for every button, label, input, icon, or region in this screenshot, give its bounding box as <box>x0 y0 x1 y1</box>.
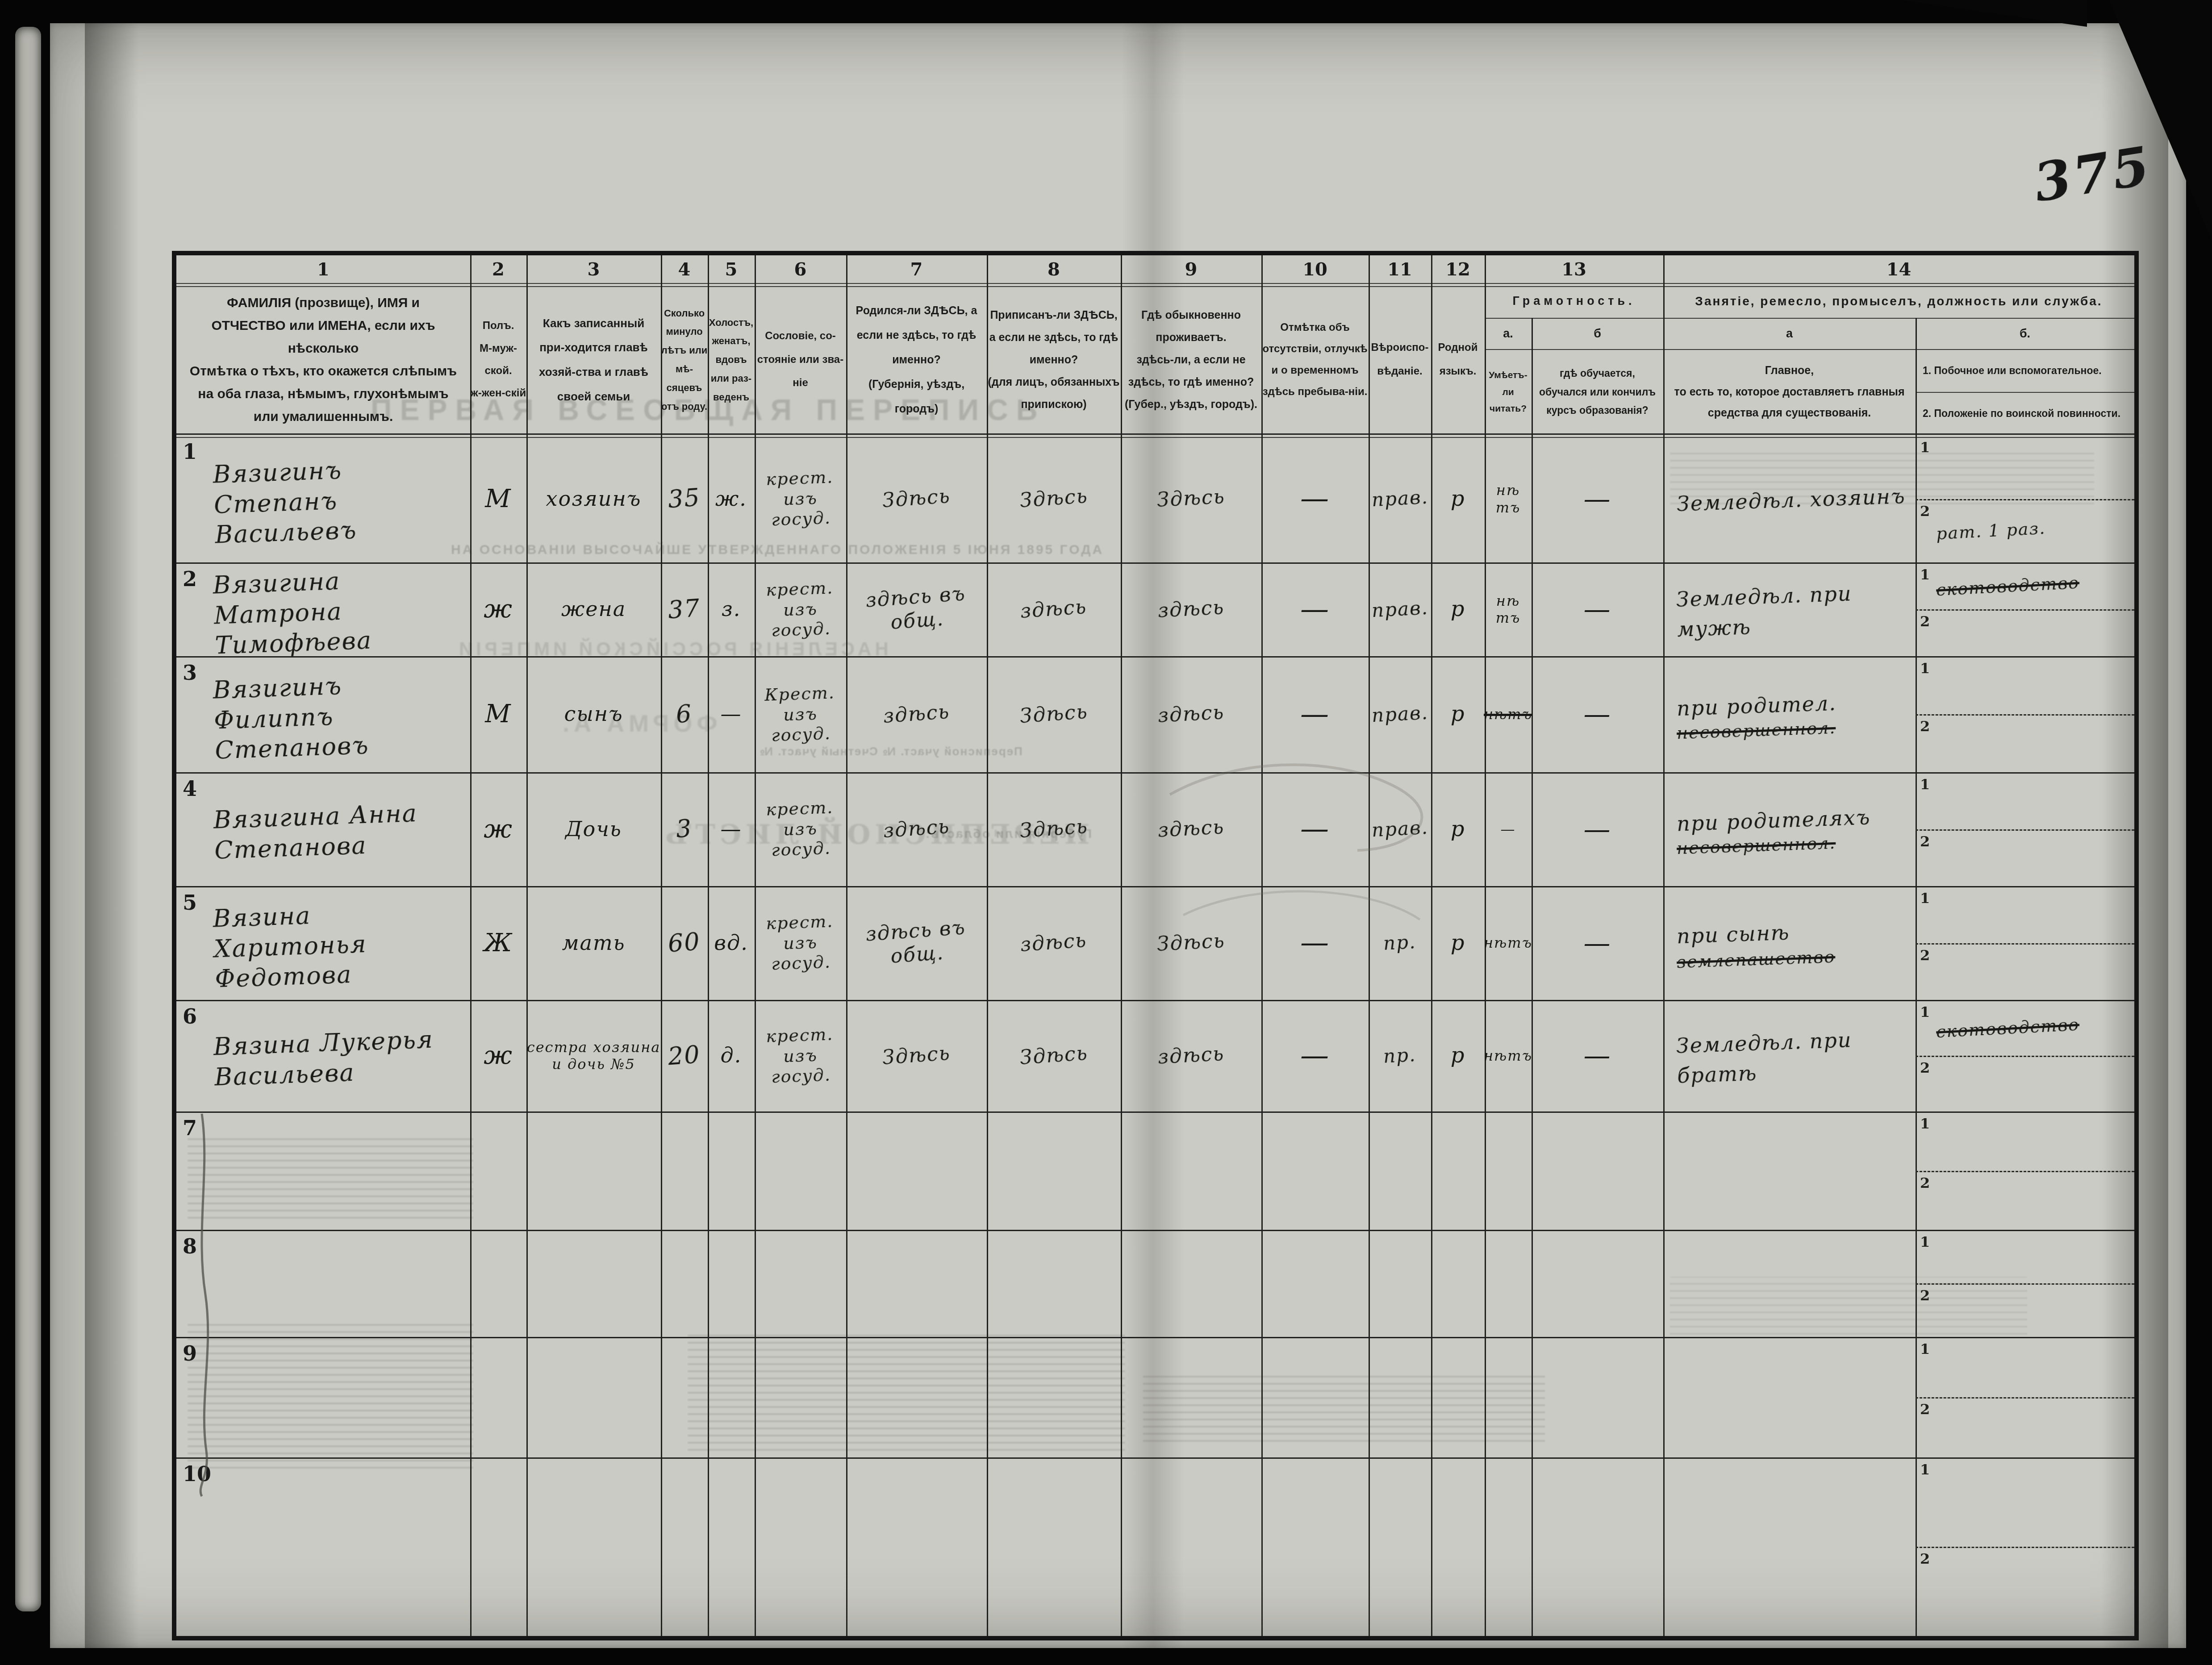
handwriting-relation: мать <box>562 931 625 955</box>
subrow-label: 1 <box>1920 776 1930 793</box>
handwriting-occupation-main: при сынѣ <box>1676 918 1790 951</box>
handwriting-absence-mark: — <box>1300 482 1330 516</box>
handwriting-language: р <box>1451 930 1465 956</box>
handwriting-estate: Крест. изъ госуд. <box>754 682 847 746</box>
cell-birthplace: Здѣсь <box>846 435 987 562</box>
cell-language: р <box>1431 562 1485 656</box>
cell-name: Вязигина Матрона Тимофѣева <box>214 569 464 654</box>
cell-occupation: Земледѣл. хозяинъ <box>1677 443 1907 557</box>
table-hline <box>1485 318 2134 319</box>
cell-marital: — <box>708 772 755 886</box>
cell-language: р <box>1431 656 1485 772</box>
cell-education: — <box>1532 435 1663 562</box>
cell-literacy: нѣтъ <box>1485 656 1532 772</box>
handwriting-age: 3 <box>675 814 693 844</box>
scanned-census-page: { "page": { "number": "375" }, "table": … <box>0 0 2212 1665</box>
cell-relation: сынъ <box>526 656 661 772</box>
cell-estate: крест. изъ госуд. <box>755 772 846 886</box>
header-col1: ФАМИЛІЯ (прозвище), ИМЯ и ОТЧЕСТВО или И… <box>176 284 470 435</box>
handwriting-occupation-main: Земледѣл. при мужѣ <box>1676 577 1907 644</box>
handwriting-residence: здѣсь <box>1157 816 1225 843</box>
handwriting-occupation-main: при родителяхъ <box>1676 803 1871 839</box>
handwriting-absence-mark: — <box>1300 697 1330 732</box>
cell-education: — <box>1532 772 1663 886</box>
handwriting-education: — <box>1584 813 1611 845</box>
header-col5: Холостъ, женатъ, вдовъ или раз-веденъ <box>708 284 755 435</box>
subrow-label: 2 <box>1920 947 1930 964</box>
row-number: 8 <box>183 1234 197 1258</box>
header-col12: Родной языкъ. <box>1431 284 1485 435</box>
handwriting-birthplace: здѣсь <box>882 815 951 843</box>
handwriting-language: р <box>1451 596 1465 622</box>
cell-absence-mark: — <box>1261 1000 1369 1111</box>
cell-side-occupation: скотоводство <box>1936 562 2128 609</box>
header-col13a: Умѣетъ-ли читать? <box>1485 349 1532 435</box>
header-col13-group: Грамотность. <box>1485 284 1663 318</box>
cell-estate: крест. изъ госуд. <box>755 562 846 656</box>
handwriting-birthplace: Здѣсь <box>881 485 951 513</box>
cell-religion: пр. <box>1369 886 1431 1000</box>
subrow-separator <box>1916 1283 2134 1285</box>
handwriting-marital: з. <box>722 597 741 621</box>
handwriting-relation: Дочь <box>565 817 622 841</box>
cell-education: — <box>1532 886 1663 1000</box>
cell-occupation: при родител.несовершеннол. <box>1677 664 1907 767</box>
header-col10: Отмѣтка объ отсутствіи, отлучкѣ и о врем… <box>1261 284 1369 435</box>
handwriting-estate: крест. изъ госуд. <box>754 911 847 975</box>
cell-residence: Здѣсь <box>1121 435 1261 562</box>
cell-side-occupation: скотоводство <box>1936 1000 2128 1056</box>
cell-age: 60 <box>661 886 708 1000</box>
handwriting-religion: пр. <box>1383 931 1417 955</box>
handwriting-education: — <box>1584 698 1611 730</box>
header-col14-group: Занятіе, ремесло, промыселъ, должность и… <box>1663 284 2134 318</box>
handwriting-education: — <box>1584 1040 1611 1072</box>
cell-birthplace: здѣсь <box>846 772 987 886</box>
cell-age: 6 <box>661 656 708 772</box>
cell-estate: крест. изъ госуд. <box>755 1000 846 1111</box>
cell-age: 20 <box>661 1000 708 1111</box>
handwriting-side-occupation: скотоводство <box>1936 1014 2080 1041</box>
handwriting-occupation-main: Земледѣл. при братѣ <box>1676 1023 1907 1091</box>
torn-corner-top <box>1899 0 2087 27</box>
handwriting-name: Вязигинъ Филиппъ Степановъ <box>213 666 466 766</box>
cell-estate: Крест. изъ госуд. <box>755 656 846 772</box>
row-number: 2 <box>183 567 197 591</box>
handwriting-sex: ж <box>484 814 513 844</box>
cell-birthplace: здѣсь въ общ. <box>846 886 987 1000</box>
handwriting-military-status: рат. 1 раз. <box>1936 518 2046 544</box>
handwriting-religion: прав. <box>1371 597 1428 622</box>
header-col13b-label: б <box>1532 318 1663 349</box>
header-col3: Какъ записанный при-ходится главѣ хозяй-… <box>526 284 661 435</box>
handwriting-side-occupation: скотоводство <box>1936 572 2080 599</box>
cell-absence-mark: — <box>1261 656 1369 772</box>
cell-occupation: при сынѣземлепашество <box>1677 894 1907 995</box>
cell-language: р <box>1431 1000 1485 1111</box>
handwriting-education: — <box>1584 593 1611 625</box>
header-col13a-label: а. <box>1485 318 1532 349</box>
cell-relation: мать <box>526 886 661 1000</box>
handwriting-name: Вязигина Анна Степанова <box>213 796 465 865</box>
header-col8: Приписанъ-ли ЗДѢСЬ, а если не здѣсь, то … <box>987 284 1121 435</box>
cell-relation: жена <box>526 562 661 656</box>
handwriting-age: 35 <box>667 483 701 515</box>
cell-marital: д. <box>708 1000 755 1111</box>
subrow-label: 1 <box>1920 660 1930 677</box>
handwriting-marital: — <box>721 702 742 726</box>
header-col14b-item2: 2. Положеніе по воинской повинности. <box>1916 392 2134 435</box>
handwriting-birthplace: здѣсь въ общ. <box>845 915 989 971</box>
cell-literacy: нѣ тъ <box>1485 562 1532 656</box>
handwriting-relation: жена <box>561 597 626 621</box>
handwriting-relation: сынъ <box>564 702 623 726</box>
cell-age: 37 <box>661 562 708 656</box>
header-col6: Сословіе, со-стояніе или зва-ніе <box>755 284 846 435</box>
cell-sex: ж <box>470 562 526 656</box>
handwriting-registered: здѣсь <box>1020 929 1088 957</box>
handwriting-language: р <box>1451 1043 1465 1069</box>
cell-literacy: — <box>1485 772 1532 886</box>
subrow-label: 2 <box>1920 1174 1930 1191</box>
handwriting-absence-mark: — <box>1300 1039 1330 1073</box>
cell-relation: Дочь <box>526 772 661 886</box>
handwriting-marital: — <box>721 817 742 841</box>
subrow-label: 1 <box>1920 1461 1930 1478</box>
subrow-label: 2 <box>1920 503 1930 520</box>
header-col14b-item1: 1. Побочное или вспомогательное. <box>1916 349 2134 392</box>
cell-religion: прав. <box>1369 656 1431 772</box>
cell-religion: прав. <box>1369 772 1431 886</box>
handwriting-registered: Здѣсь <box>1019 815 1089 843</box>
cell-sex: ж <box>470 772 526 886</box>
handwriting-absence-mark: — <box>1300 592 1330 627</box>
cell-name: Вязина Лукерья Васильева <box>214 1006 464 1109</box>
table-row-line <box>176 1457 2134 1459</box>
handwriting-registered: Здѣсь <box>1019 700 1089 728</box>
cell-language: р <box>1431 886 1485 1000</box>
handwriting-estate: крест. изъ госуд. <box>754 797 847 862</box>
handwriting-literacy: — <box>1501 820 1516 837</box>
page-edge <box>15 27 41 1611</box>
subrow-label: 1 <box>1920 1233 1930 1250</box>
cell-military-status: рат. 1 раз. <box>1936 499 2128 562</box>
header-col4: Сколько минуло лѣтъ или мѣ-сяцевъ отъ ро… <box>661 284 708 435</box>
table-hline <box>176 433 2134 435</box>
cell-absence-mark: — <box>1261 886 1369 1000</box>
handwriting-marital: ж. <box>715 487 747 511</box>
handwriting-name: Вязина Харитонья Федотова <box>213 895 466 995</box>
cell-occupation: Земледѣл. при мужѣ <box>1677 570 1907 651</box>
subrow-label: 2 <box>1920 718 1930 735</box>
cell-occupation: Земледѣл. при братѣ <box>1677 1008 1907 1106</box>
handwriting-language: р <box>1451 816 1465 842</box>
subrow-separator <box>1916 609 2134 611</box>
handwriting-age: 37 <box>667 594 701 625</box>
handwriting-sex: ж <box>484 594 513 624</box>
cell-literacy: нѣтъ <box>1485 1000 1532 1111</box>
cell-marital: ж. <box>708 435 755 562</box>
column-number: 11 <box>1369 259 1431 280</box>
handwriting-name: Вязигина Матрона Тимофѣева <box>213 562 466 661</box>
row-number: 10 <box>183 1462 211 1486</box>
handwriting-religion: прав. <box>1371 702 1428 727</box>
column-number: 14 <box>1663 259 2134 280</box>
table-row-line <box>176 1230 2134 1231</box>
cell-religion: прав. <box>1369 562 1431 656</box>
row-number: 9 <box>183 1341 197 1365</box>
cell-registered: здѣсь <box>987 886 1121 1000</box>
handwriting-residence: Здѣсь <box>1156 485 1226 512</box>
handwriting-residence: здѣсь <box>1157 596 1225 623</box>
handwriting-literacy: нѣтъ <box>1484 934 1532 951</box>
cell-occupation: при родителяхънесовершеннол. <box>1677 780 1907 881</box>
subrow-separator <box>1916 1547 2134 1548</box>
handwriting-relation: сестра хозяина и дочь №5 <box>526 1039 661 1073</box>
handwriting-sex: Ж <box>484 928 513 958</box>
column-number: 5 <box>708 259 755 280</box>
handwriting-marital: д. <box>721 1043 742 1068</box>
subrow-label: 2 <box>1920 1059 1930 1076</box>
cell-marital: з. <box>708 562 755 656</box>
subrow-label: 2 <box>1920 1287 1930 1304</box>
handwriting-literacy: нѣ тъ <box>1485 592 1532 627</box>
handwriting-sex: М <box>485 699 511 729</box>
handwriting-religion: пр. <box>1383 1044 1417 1068</box>
subrow-separator <box>1916 1056 2134 1057</box>
subrow-label: 1 <box>1920 1340 1930 1357</box>
cell-language: р <box>1431 772 1485 886</box>
subrow-separator <box>1916 714 2134 716</box>
table-row-line <box>176 1111 2134 1113</box>
cell-residence: здѣсь <box>1121 772 1261 886</box>
cell-education: — <box>1532 562 1663 656</box>
handwriting-occupation-main: Земледѣл. хозяинъ <box>1676 481 1906 519</box>
handwriting-absence-mark: — <box>1300 926 1330 960</box>
cell-religion: прав. <box>1369 435 1431 562</box>
header-col14b-label: б. <box>1916 318 2134 349</box>
handwriting-name: Вязигинъ Степанъ Васильевъ <box>213 451 466 550</box>
row-number: 3 <box>183 661 197 685</box>
row-number: 1 <box>183 440 197 464</box>
column-number: 1 <box>176 259 470 280</box>
header-col11: Вѣроиспо-вѣданіе. <box>1369 284 1431 435</box>
cell-birthplace: здѣсь <box>846 656 987 772</box>
cell-relation: сестра хозяина и дочь №5 <box>526 1000 661 1111</box>
handwriting-age: 60 <box>667 928 701 959</box>
cell-estate: крест. изъ госуд. <box>755 435 846 562</box>
table-row-line <box>176 1337 2134 1338</box>
table-hline <box>176 286 2134 287</box>
column-number: 2 <box>470 259 526 280</box>
cell-birthplace: здѣсь въ общ. <box>846 562 987 656</box>
cell-registered: Здѣсь <box>987 772 1121 886</box>
handwriting-estate: крест. изъ госуд. <box>754 1024 847 1088</box>
handwriting-age: 6 <box>675 699 693 729</box>
subrow-label: 1 <box>1920 1115 1930 1132</box>
handwriting-birthplace: здѣсь <box>882 700 951 728</box>
handwriting-literacy: нѣтъ <box>1484 706 1532 723</box>
handwriting-residence: здѣсь <box>1157 1042 1225 1070</box>
handwriting-marital: вд. <box>714 931 748 955</box>
subrow-label: 1 <box>1920 890 1930 907</box>
column-number: 7 <box>846 259 987 280</box>
cell-residence: здѣсь <box>1121 1000 1261 1111</box>
header-col9: Гдѣ обыкновенно проживаетъ. здѣсь-ли, а … <box>1121 284 1261 435</box>
row-number: 6 <box>183 1004 197 1028</box>
handwriting-education: — <box>1584 927 1611 959</box>
handwriting-registered: Здѣсь <box>1019 1041 1089 1070</box>
column-number: 4 <box>661 259 708 280</box>
subrow-separator <box>1916 1397 2134 1399</box>
table-hline <box>1916 392 2134 393</box>
table-vline <box>1916 318 1917 1636</box>
cell-residence: Здѣсь <box>1121 886 1261 1000</box>
handwriting-language: р <box>1451 486 1465 512</box>
cell-registered: Здѣсь <box>987 435 1121 562</box>
subrow-label: 1 <box>1920 439 1930 456</box>
column-number: 12 <box>1431 259 1485 280</box>
handwriting-language: р <box>1451 701 1465 727</box>
cell-birthplace: Здѣсь <box>846 1000 987 1111</box>
cell-name: Вязигинъ Филиппъ Степановъ <box>214 662 464 770</box>
header-col14a-label: а <box>1663 318 1916 349</box>
cell-relation: хозяинъ <box>526 435 661 562</box>
subrow-label: 1 <box>1920 1003 1930 1020</box>
handwriting-sex: ж <box>484 1041 513 1070</box>
cell-sex: М <box>470 435 526 562</box>
subrow-label: 2 <box>1920 1550 1930 1567</box>
handwriting-sex: М <box>485 484 511 514</box>
cell-sex: Ж <box>470 886 526 1000</box>
handwriting-name: Вязина Лукерья Васильева <box>213 1023 465 1092</box>
cell-language: р <box>1431 435 1485 562</box>
header-col7: Родился-ли ЗДѢСЬ, а если не здѣсь, то гд… <box>846 284 987 435</box>
subrow-label: 2 <box>1920 613 1930 630</box>
handwriting-estate: крест. изъ госуд. <box>754 467 847 531</box>
handwriting-education: — <box>1584 483 1611 515</box>
cell-education: — <box>1532 1000 1663 1111</box>
subrow-label: 2 <box>1920 833 1930 850</box>
header-col13b: гдѣ обучается, обучался или кончилъ курс… <box>1532 349 1663 435</box>
census-table: ФАМИЛІЯ (прозвище), ИМЯ и ОТЧЕСТВО или И… <box>172 251 2139 1640</box>
cell-marital: вд. <box>708 886 755 1000</box>
cell-name: Вязигинъ Степанъ Васильевъ <box>214 441 464 560</box>
handwriting-religion: прав. <box>1371 486 1428 512</box>
cell-literacy: нѣ тъ <box>1485 435 1532 562</box>
row-number: 7 <box>183 1116 197 1140</box>
cell-marital: — <box>708 656 755 772</box>
subrow-separator <box>1916 829 2134 831</box>
column-number: 10 <box>1261 259 1369 280</box>
handwriting-literacy: нѣтъ <box>1484 1047 1532 1064</box>
handwriting-age: 20 <box>667 1040 701 1071</box>
column-number: 3 <box>526 259 661 280</box>
cell-absence-mark: — <box>1261 772 1369 886</box>
cell-registered: Здѣсь <box>987 656 1121 772</box>
table-hline <box>176 283 2134 284</box>
cell-religion: пр. <box>1369 1000 1431 1111</box>
row-number: 5 <box>183 891 197 915</box>
cell-registered: Здѣсь <box>987 1000 1121 1111</box>
cell-estate: крест. изъ госуд. <box>755 886 846 1000</box>
cell-name: Вязина Харитонья Федотова <box>214 892 464 997</box>
handwriting-registered: Здѣсь <box>1019 485 1089 513</box>
handwriting-absence-mark: — <box>1300 812 1330 846</box>
handwriting-birthplace: здѣсь въ общ. <box>845 581 989 637</box>
handwriting-relation: хозяинъ <box>546 487 642 511</box>
row-number: 4 <box>183 777 197 801</box>
handwriting-residence: Здѣсь <box>1156 929 1226 957</box>
table-hline <box>1485 349 2134 350</box>
subrow-separator <box>1916 1171 2134 1172</box>
handwriting-religion: прав. <box>1371 816 1428 842</box>
column-number: 13 <box>1485 259 1663 280</box>
cell-name: Вязигина Анна Степанова <box>214 778 464 883</box>
header-col2: Полъ. М-муж-ской. ж-жен-скій <box>470 284 526 435</box>
cell-residence: здѣсь <box>1121 562 1261 656</box>
cell-age: 35 <box>661 435 708 562</box>
handwriting-estate: крест. изъ госуд. <box>754 577 847 641</box>
subrow-label: 1 <box>1920 566 1930 583</box>
cell-registered: здѣсь <box>987 562 1121 656</box>
cell-residence: здѣсь <box>1121 656 1261 772</box>
subrow-label: 2 <box>1920 1401 1930 1418</box>
handwriting-literacy: нѣ тъ <box>1485 482 1532 516</box>
cell-age: 3 <box>661 772 708 886</box>
handwriting-registered: здѣсь <box>1020 595 1088 623</box>
cell-sex: М <box>470 656 526 772</box>
cell-literacy: нѣтъ <box>1485 886 1532 1000</box>
column-number: 9 <box>1121 259 1261 280</box>
cell-education: — <box>1532 656 1663 772</box>
subrow-separator <box>1916 943 2134 945</box>
table-vline <box>1663 255 1665 1636</box>
header-col14a: Главное, то есть то, которое доставляетъ… <box>1663 349 1916 435</box>
handwriting-residence: здѣсь <box>1157 701 1225 728</box>
handwriting-birthplace: Здѣсь <box>881 1041 951 1070</box>
cell-sex: ж <box>470 1000 526 1111</box>
cell-absence-mark: — <box>1261 435 1369 562</box>
column-number: 8 <box>987 259 1121 280</box>
column-number: 6 <box>755 259 846 280</box>
cell-absence-mark: — <box>1261 562 1369 656</box>
